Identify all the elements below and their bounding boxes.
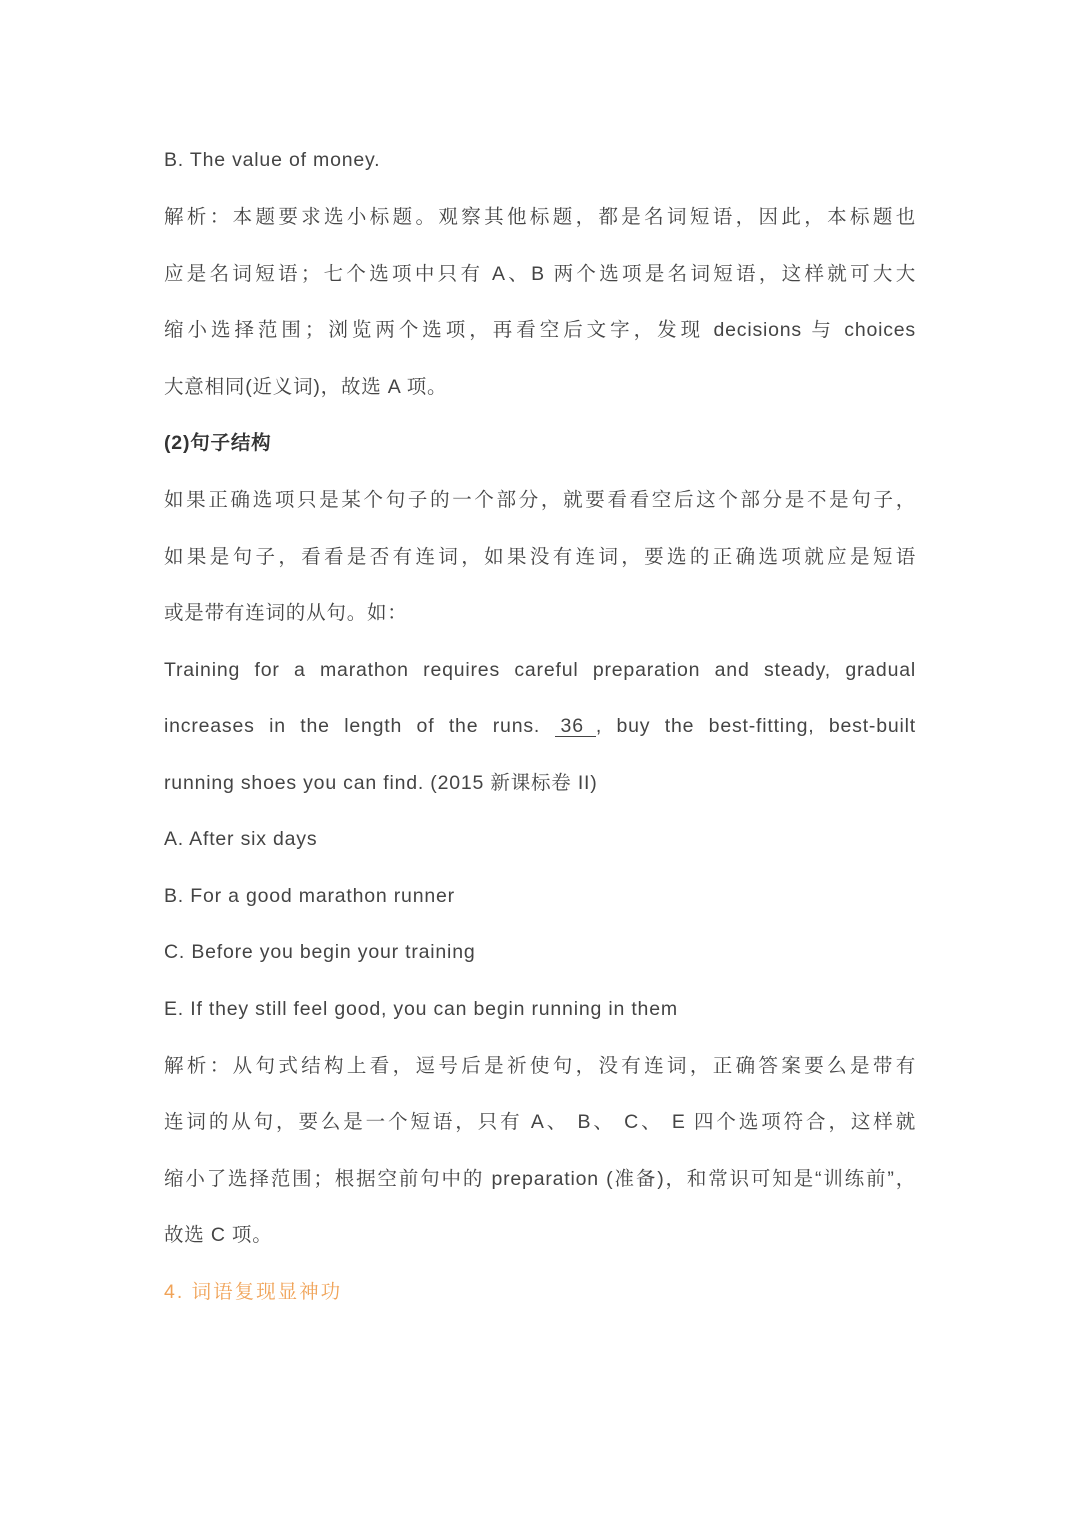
option-e: E. If they still feel good, you can begi…	[164, 997, 678, 1021]
option-c: C. Before you begin your training	[164, 940, 475, 964]
option-b-value-of-money: B. The value of money.	[164, 148, 380, 172]
next-section-heading: 4. 词语复现显神功	[164, 1280, 342, 1304]
option-a: A. After six days	[164, 827, 317, 851]
example-line-2: increases in the length of the runs. 36,…	[164, 714, 916, 738]
explanation-line-1: 如果正确选项只是某个句子的一个部分，就要看看空后这个部分是不是句子，	[164, 488, 916, 512]
analysis-2-line-2: 连词的从句，要么是一个短语，只有 A、 B、 C、 E 四个选项符合，这样就	[164, 1110, 916, 1134]
analysis-1-line-4: 大意相同(近义词)，故选 A 项。	[164, 375, 447, 399]
example-line-3: running shoes you can find. (2015 新课标卷 I…	[164, 771, 598, 795]
explanation-line-2: 如果是句子，看看是否有连词，如果没有连词，要选的正确选项就应是短语	[164, 545, 916, 569]
blank-36: 36	[555, 716, 596, 737]
option-b: B. For a good marathon runner	[164, 884, 455, 908]
example-line-2-before: increases in the length of the runs.	[164, 715, 540, 737]
analysis-1-line-2: 应是名词短语；七个选项中只有 A、B 两个选项是名词短语，这样就可大大	[164, 262, 916, 286]
section-heading-sentence-structure: (2)句子结构	[164, 431, 271, 455]
explanation-line-3: 或是带有连词的从句。如：	[164, 601, 408, 625]
analysis-2-line-1: 解析：从句式结构上看，逗号后是祈使句，没有连词，正确答案要么是带有	[164, 1054, 916, 1078]
analysis-1-line-3: 缩小选择范围；浏览两个选项，再看空后文字，发现 decisions 与 choi…	[164, 318, 916, 342]
example-line-2-after: , buy the best-fitting, best-built	[596, 715, 916, 737]
analysis-2-line-3: 缩小了选择范围；根据空前句中的 preparation (准备)，和常识可知是“…	[164, 1167, 916, 1191]
example-line-1: Training for a marathon requires careful…	[164, 658, 916, 682]
analysis-2-line-4: 故选 C 项。	[164, 1223, 273, 1247]
analysis-1-line-1: 解析：本题要求选小标题。观察其他标题，都是名词短语，因此，本标题也	[164, 205, 916, 229]
